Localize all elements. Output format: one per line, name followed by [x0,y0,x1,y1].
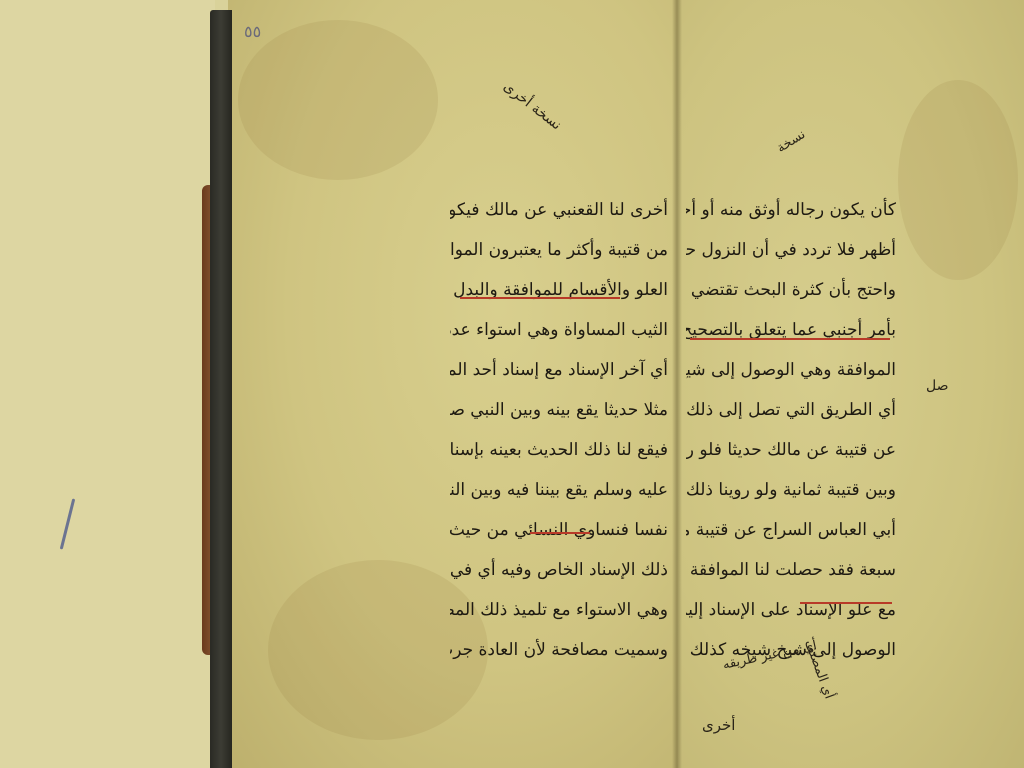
manuscript-line: مثلا حديثا يقع بينه وبين النبي صلى الله … [450,390,668,430]
manuscript-line: نفسا فنساوي النسائي من حيث العدد مع قطع … [450,510,668,550]
background-surface [0,0,215,768]
manuscript-line: عن قتيبة عن مالك حديثا فلو رويناه من طري… [686,430,896,470]
catchword: أخرى [702,716,735,734]
rubric-line [800,602,892,604]
margin-note: صل [926,378,949,394]
manuscript-line: مع علو الإسناد على الإسناد إليه وفيه أي … [686,590,896,630]
manuscript-line: أي الطريق التي تصل إلى ذلك المصنف المعين… [686,390,896,430]
manuscript-line: وهي الاستواء مع تلميذ ذلك المصنف على الو… [450,590,668,630]
manuscript-line: فيقع لنا ذلك الحديث بعينه بإسناد آخر إلى… [450,430,668,470]
manuscript-line: وسميت مصافحة لأن العادة جرت في الغالب با… [450,630,668,670]
manuscript-line: بأمر أجنبي عما يتعلق بالتصحيح والتضعيف و… [686,310,896,350]
rubric-line [690,338,890,340]
manuscript-line: سبعة فقد حصلت لنا الموافقة مع البخاري في… [686,550,896,590]
water-stain [238,20,438,180]
manuscript-line: من قتيبة وأكثر ما يعتبرون الموافقة والبد… [450,230,668,270]
manuscript-line: كأن يكون رجاله أوثق منه أو أحفظ أو أفقه … [686,190,896,230]
manuscript-line: أي آخر الإسناد مع إسناد أحد المصنفين كأن… [450,350,668,390]
rubric-line [460,297,620,299]
folio-number: ٥٥ [244,22,261,41]
left-text-block: أخرى لنا القعنبي عن مالك فيكون القعنبي ب… [450,190,668,670]
water-stain [898,80,1018,280]
book-spine [210,10,232,768]
manuscript-line: وبين قتيبة ثمانية ولو روينا ذلك الحديث ب… [686,470,896,510]
manuscript-line: ذلك الإسناد الخاص وفيه أي في العلو النسب… [450,550,668,590]
manuscript-line: أخرى لنا القعنبي عن مالك فيكون القعنبي ب… [450,190,668,230]
right-text-block: كأن يكون رجاله أوثق منه أو أحفظ أو أفقه … [686,190,896,670]
rubric-line [530,532,590,534]
page-gutter [672,0,682,768]
manuscript-line: الثيب المساواة وهي استواء عدد الإسناد من… [450,310,668,350]
manuscript-line: عليه وسلم يقع بيننا فيه وبين النبي صلى ا… [450,470,668,510]
manuscript-line: العلو والأقسام للموافقة والبدل واقع بدون… [450,270,668,310]
manuscript-line: واحتج بأن كثرة البحث تقتضي المشقة فيعظم … [686,270,896,310]
manuscript-line: أظهر فلا تردد في أن النزول حينئذ أولى وأ… [686,230,896,270]
manuscript-line: أبي العباس السراج عن قتيبة مثلا لكان بين… [686,510,896,550]
manuscript-line: الموافقة وهي الوصول إلى شيخ أحد المصنفين… [686,350,896,390]
